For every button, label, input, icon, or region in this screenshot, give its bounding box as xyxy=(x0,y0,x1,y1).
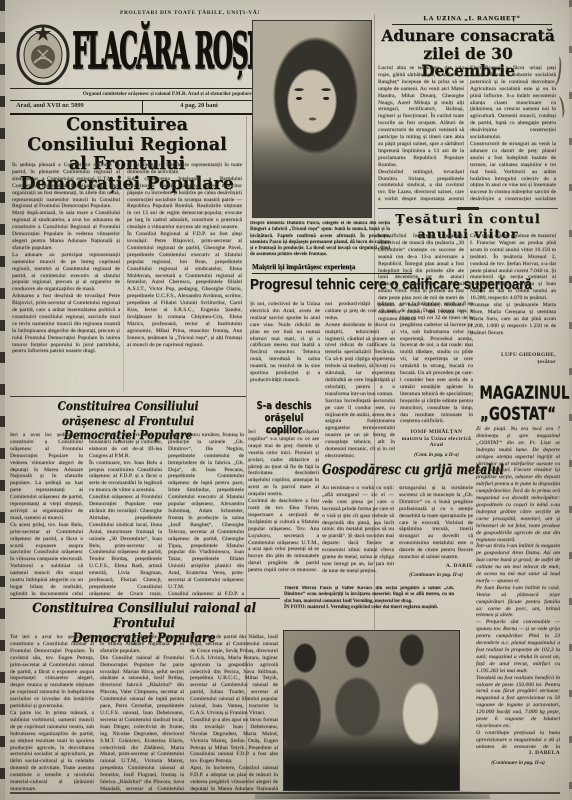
raional-column-1: Tot ieri a avut loc ședința de constitui… xyxy=(10,634,94,792)
gospodaresc-headline: Gospodăresc cu grijă metalul xyxy=(322,463,448,478)
gospodaresc-continuation: (Continuare în pag. II-a) xyxy=(399,572,473,578)
gospodaresc-column-1: Au terminat-o o vorbă cu toții: „află st… xyxy=(322,485,394,579)
orasenesc-column-3: Nagy, maistru turnător, fruntaș în produ… xyxy=(168,432,244,596)
tesaturi-column-2: Cele două echipe conduse de maistrul I. … xyxy=(470,233,556,349)
orasel-body: Ieri dimineață, „orășelul copiilor“ s-a … xyxy=(248,429,319,579)
newspaper-page: PROLETARI DIN TOATE ȚĂRILE, UNIȚI-VĂ! FL… xyxy=(0,0,572,800)
section-divider xyxy=(378,207,558,210)
machine-photo-caption: Tinerii Mircea Pascu și Valter Kovacs di… xyxy=(284,586,454,628)
machine-photo xyxy=(283,630,460,791)
scan-edge-left xyxy=(0,0,5,800)
gostat-headline: MAGAZINUL „GOSTAT“ xyxy=(479,384,556,425)
tesaturi-column-1: Intensificînd întrecerea socialistă, col… xyxy=(378,233,464,373)
section-divider xyxy=(10,598,280,599)
portrait-caption: Despre utemista Dumitra Pascu, colegele … xyxy=(250,221,390,261)
gostat-signature: I. DABELA xyxy=(476,750,560,757)
uzina-kicker: LA UZINA „I. RANGHEȚ“ xyxy=(392,15,552,25)
orasenesc-column-1: Ieri a avut loc ședința de constituire a… xyxy=(10,432,83,596)
slogan: PROLETARI DIN TOATE ȚĂRILE, UNIȚI-VĂ! xyxy=(40,10,340,17)
column-rule xyxy=(123,162,124,392)
lead-column-1: În ședința plenară a Comitetului regiona… xyxy=(12,162,120,394)
scan-mark xyxy=(554,96,565,119)
uzina-column-2: Electrificarea a făcut uriași pași înain… xyxy=(470,65,556,203)
maistrii-continuation: (Cont. în pag. a II-a) xyxy=(400,452,473,458)
gospodaresc-signature: A. DARIE xyxy=(399,563,473,570)
gostat-continuation: (Continuare în pag. II-a) xyxy=(476,760,560,766)
raional-column-2: urmează pînă la alegerile de deputați în… xyxy=(100,634,184,792)
gostat-body: Zi de piață. Nu era încă ora 7 dimineața… xyxy=(476,426,560,748)
section-divider xyxy=(10,396,246,397)
orasenesc-column-2: și culturii, de ridicare a bunăstării ma… xyxy=(89,432,162,596)
lead-column-2: să își aleagă cu însuflețire reprezentan… xyxy=(127,162,242,394)
maistrii-column-1: Și noi, colectivul de la Uzina electrică… xyxy=(250,301,320,395)
uzina-column-1: Lucrul abia se terminase, dar sala roșie… xyxy=(378,65,464,203)
masthead-emblem-icon xyxy=(16,23,70,85)
pagination-price: 4 pag. 20 bani xyxy=(142,100,256,113)
portrait-photo xyxy=(252,20,372,218)
scan-smear xyxy=(255,790,490,799)
issue-number: Arad, anul XVII nr. 5099 xyxy=(10,100,142,113)
tesaturi-signature: LUPU GHEORGHE, țesător xyxy=(470,352,556,365)
gospodaresc-column-2: strungarului și la turnătorie socotesc c… xyxy=(399,485,473,563)
maistrii-signature: IOSIF MIHĂLȚAN maistru la Uzina electric… xyxy=(400,429,473,449)
column-rule xyxy=(467,65,468,201)
raional-column-3: lui raional de partid din Nădlac, Iosif … xyxy=(190,634,278,792)
